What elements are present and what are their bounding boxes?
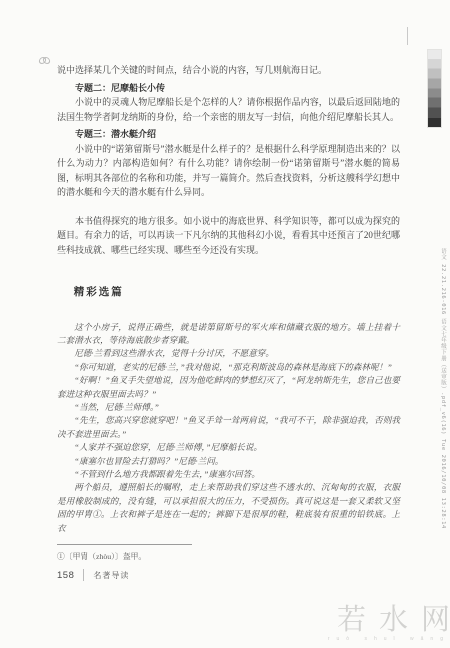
footer-divider (83, 569, 84, 581)
excerpt-paragraph: “好啊！”鱼叉手失望地说，因为他吃鲜肉的梦想幻灭了，“阿龙纳斯先生，您自己也要套… (57, 374, 400, 401)
page-number: 158 (57, 570, 74, 581)
page-content: 说中选择某几个关键的时间点，结合小说的内容，写几则航海日记。 专题二：尼摩船长小… (57, 63, 400, 562)
excerpt-paragraph: 尼德·兰看到这些潜水衣，觉得十分讨厌，不愿意穿。 (57, 347, 400, 360)
selection-section-heading: 精彩选篇 (57, 285, 400, 300)
grayscale-calibration-strip (428, 50, 441, 127)
topic2-heading: 专题二：尼摩船长小传 (57, 81, 400, 96)
footnote-rule (57, 544, 192, 545)
excerpt-block: 这个小房子，说得正确些，就是诺第留斯号的军火库和储藏衣服的地方。墙上挂着十二套潜… (57, 321, 400, 536)
print-production-info: 语文 22.21.216-016 语文七年级下册（送审版）.pdf_v6(16)… (439, 248, 447, 458)
topic3-heading: 专题三：潜水艇介绍 (57, 127, 400, 142)
excerpt-paragraph: 两个船员，遵照船长的嘱咐，走上来帮助我们穿这些不透水的、沉甸甸的衣服，衣服是用橡… (57, 481, 400, 535)
footer-section-label: 名著导读 (93, 570, 129, 581)
watermark: 若水网 ruò shuǐ wǎng (326, 605, 450, 642)
excerpt-paragraph: “你可知道，老实的尼德·兰，”我对他说，“那克利斯波岛的森林是海底下的森林呢！” (57, 361, 400, 374)
excerpt-paragraph: 这个小房子，说得正确些，就是诺第留斯号的军火库和储藏衣服的地方。墙上挂着十二套潜… (57, 321, 400, 348)
excerpt-paragraph: “先生，您高兴穿您就穿吧！”鱼叉手耸一耸两肩说，“我可不干，除非强迫我，否则我决… (57, 414, 400, 441)
excerpt-paragraph: “当然，尼德·兰师傅。” (57, 401, 400, 414)
excerpt-paragraph: “人家并不强迫您穿，尼德·兰师傅，”尼摩船长说。 (57, 441, 400, 454)
intro-continuation-paragraph: 说中选择某几个关键的时间点，结合小说的内容，写几则航海日记。 (57, 63, 400, 78)
footnote-text: ①〔甲胄（zhòu）〕盔甲。 (57, 551, 400, 562)
watermark-pinyin: ruò shuǐ wǎng (326, 636, 450, 642)
crop-mark-line (407, 27, 408, 45)
scanned-textbook-page: 语文 22.21.216-016 语文七年级下册（送审版）.pdf_v6(16)… (0, 0, 450, 648)
topic3-paragraph: 小说中的“诺第留斯号”潜水艇是什么样子的？是根据什么科学原理制造出来的？以什么为… (57, 142, 400, 200)
excerpt-paragraph: “不管到什么地方我都跟着先生去，”康塞尔回答。 (57, 468, 400, 481)
topic2-paragraph: 小说中的灵魂人物尼摩船长是个怎样的人？请你根据作品内容，以最后返回陆地的法国生物… (57, 95, 400, 124)
closing-paragraph: 本书值得探究的地方很多。如小说中的海底世界、科学知识等，都可以成为探究的题目。有… (57, 214, 400, 258)
printer-registration-mark (39, 57, 50, 66)
excerpt-paragraph: “康塞尔也冒险去打猎吗？”尼德·兰问。 (57, 455, 400, 468)
watermark-text: 若水网 (326, 605, 450, 635)
page-footer: 158 名著导读 (57, 569, 129, 581)
